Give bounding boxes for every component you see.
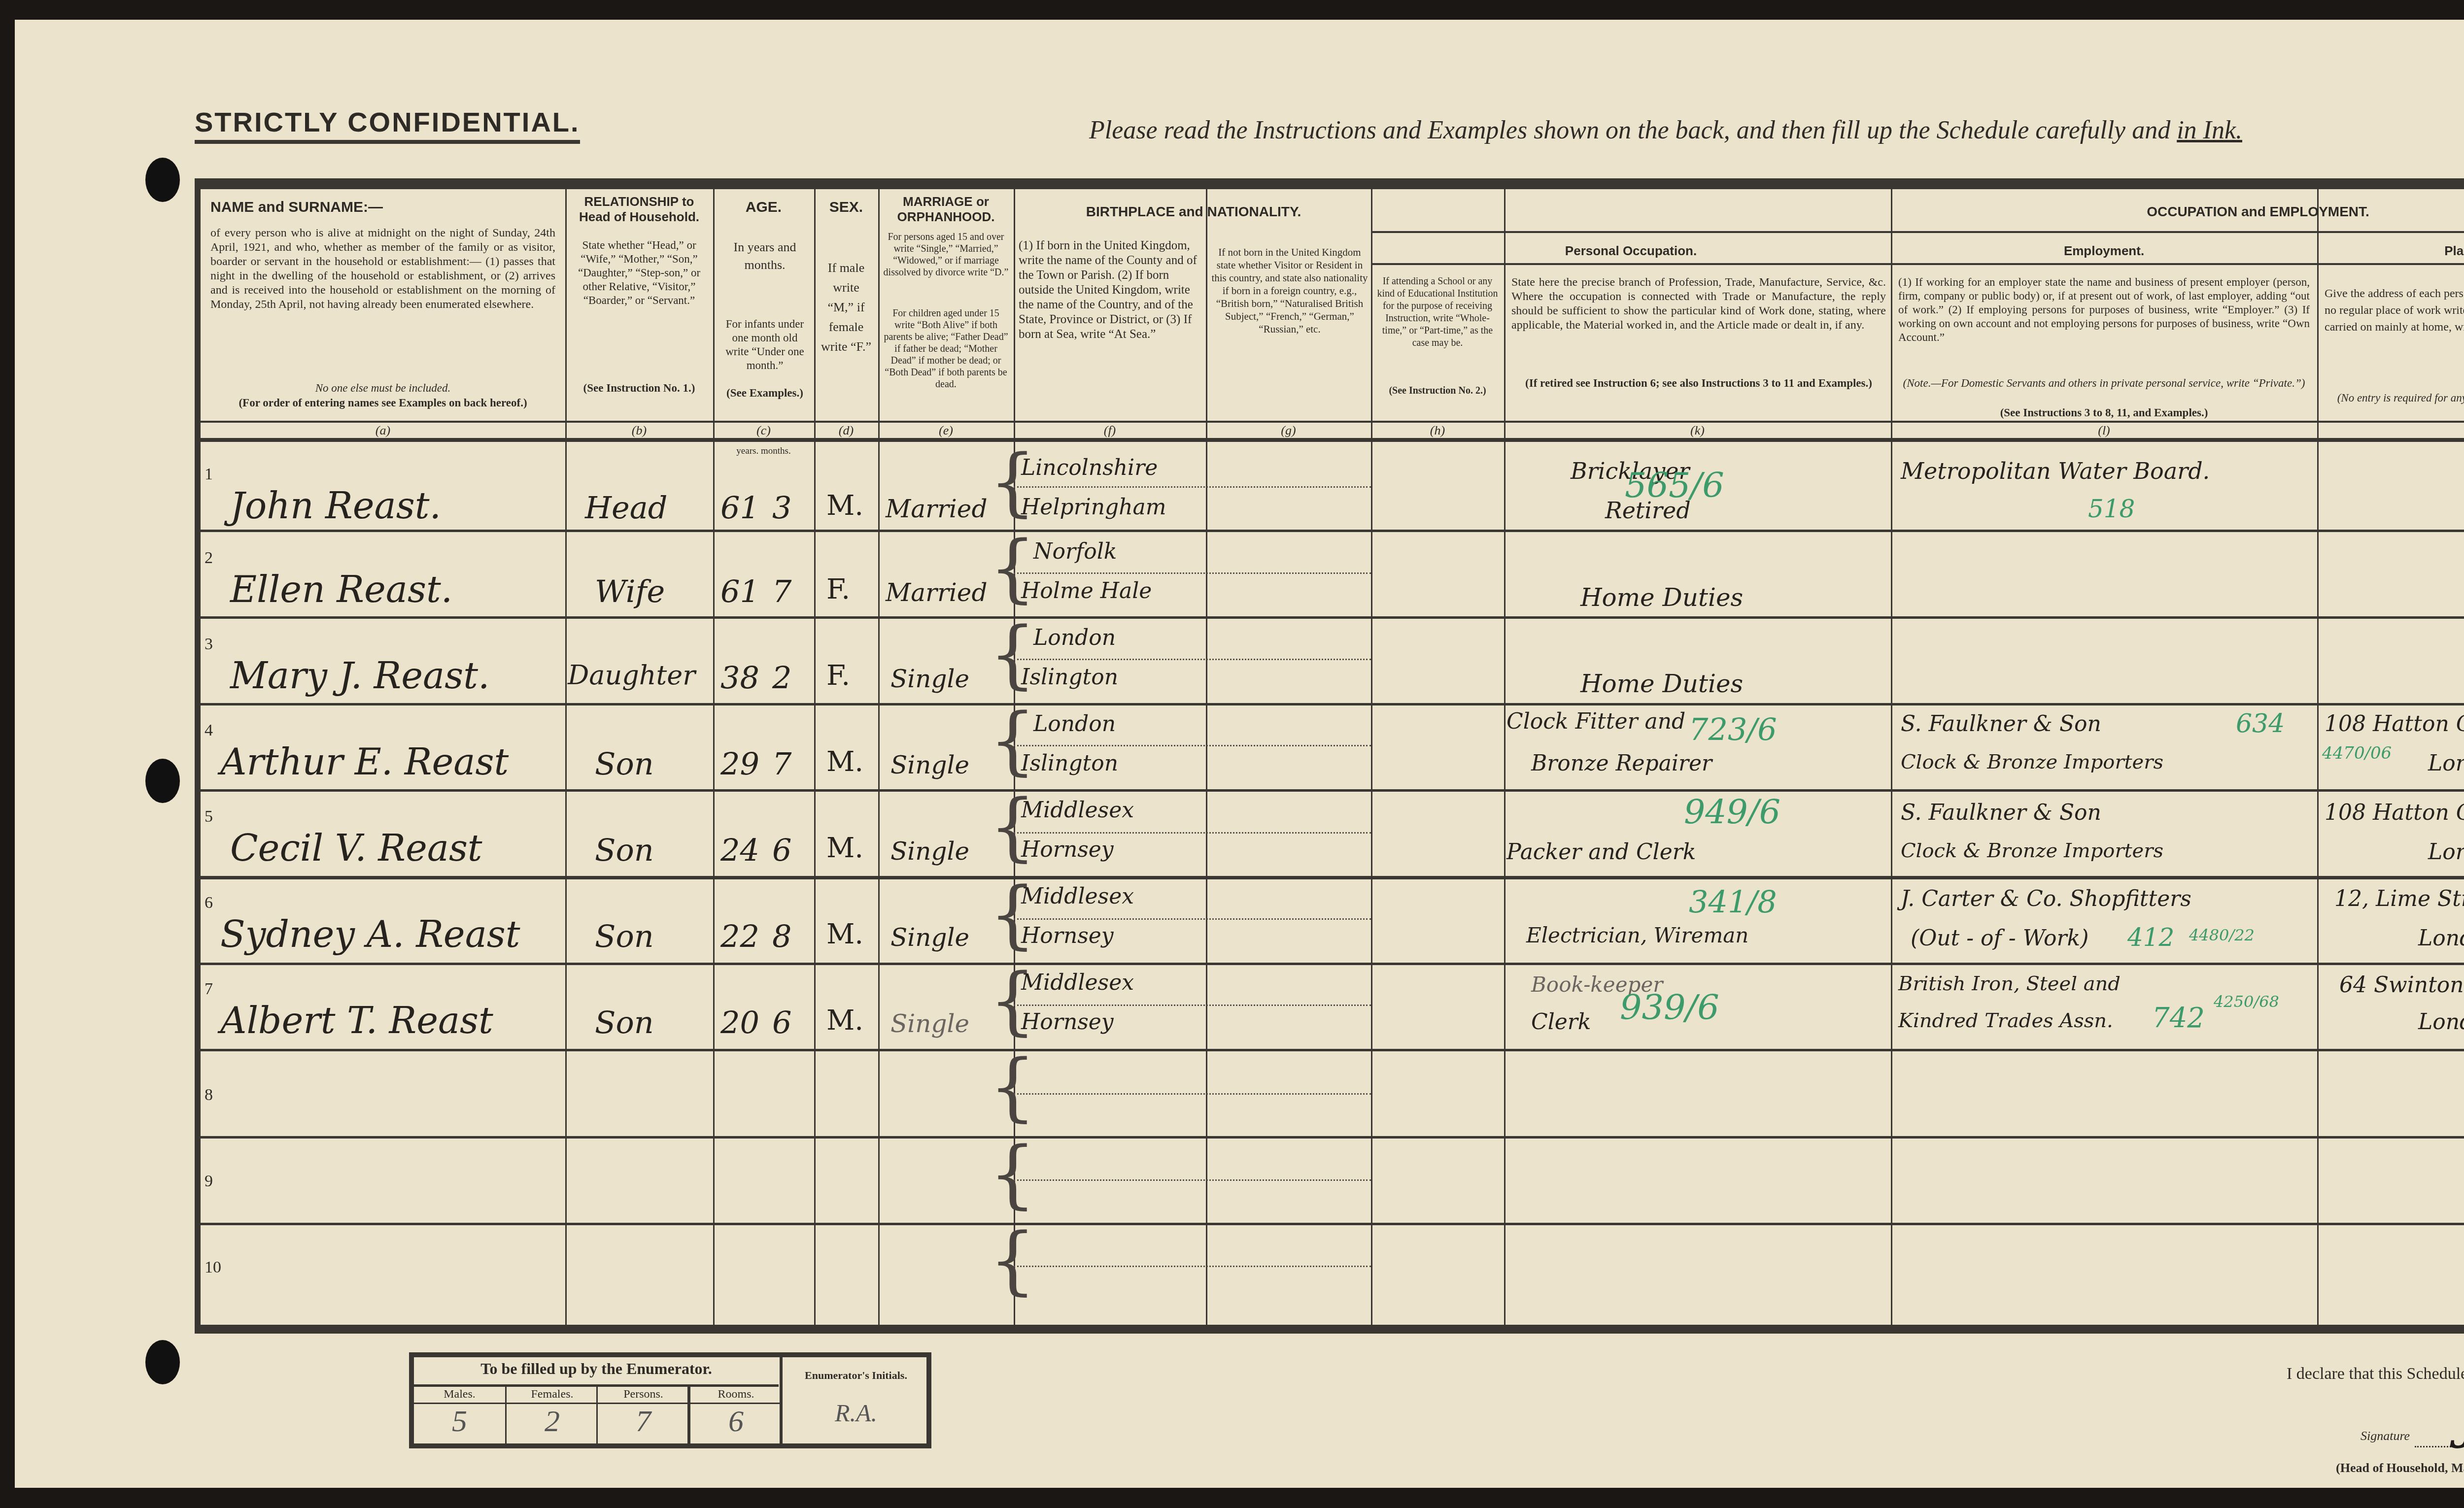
age-years: 61	[720, 573, 759, 609]
occupation-code: 341/8	[1689, 884, 1777, 920]
birth-town: Islington	[1021, 665, 1118, 690]
occupation-code: 723/6	[1689, 711, 1777, 747]
occupation: Electrician, Wireman	[1526, 923, 1748, 947]
age-months: 7	[772, 573, 791, 609]
column-nationality	[1206, 189, 1372, 1325]
marriage: Single	[890, 665, 969, 693]
person-name: John Reast.	[230, 485, 441, 527]
relationship: Head	[585, 490, 667, 526]
instructions-line: Please read the Instructions and Example…	[1089, 116, 2242, 145]
birth-town: Hornsey	[1021, 1009, 1114, 1035]
employer: S. Faulkner & Son	[1901, 800, 2101, 825]
place-of-work: 64 Swinton Street	[2339, 972, 2464, 998]
relationship: Wife	[595, 573, 665, 609]
persons-count: Persons.7	[596, 1386, 689, 1445]
marriage: Single	[890, 751, 969, 779]
age-months: 6	[772, 832, 791, 868]
females-count: Females.2	[505, 1386, 598, 1445]
employer: J. Carter & Co. Shopfitters	[1901, 886, 2191, 911]
age-years: 24	[720, 832, 759, 868]
sex: M.	[826, 918, 863, 950]
rooms-count: Rooms.6	[687, 1386, 782, 1445]
sex: M.	[826, 746, 863, 778]
person-name: Arthur E. Reast	[220, 741, 509, 783]
employment-code: 634	[2236, 709, 2285, 738]
occupation: Packer and Clerk	[1506, 839, 1696, 865]
signature-label: Signature	[2361, 1429, 2410, 1443]
census-table: NAME and SURNAME:— of every person who i…	[195, 178, 2464, 1334]
males-count: Males.5	[414, 1386, 505, 1445]
occupation-line-2: Bronze Repairer	[1531, 751, 1712, 776]
person-name: Cecil V. Reast	[230, 827, 482, 870]
relationship: Son	[595, 746, 654, 782]
employment-code: 742	[2152, 1002, 2205, 1034]
signature-line	[2415, 1446, 2464, 1447]
sex: F.	[826, 660, 850, 692]
occupation-code: 949/6	[1684, 793, 1780, 832]
relationship: Daughter	[568, 660, 695, 691]
occupation-code: 565/6	[1625, 465, 1724, 505]
place-of-work: 12, Lime Street	[2334, 886, 2464, 911]
birth-county: Middlesex	[1021, 798, 1134, 823]
age-months: 2	[772, 660, 791, 696]
employer: S. Faulkner & Son	[1901, 711, 2101, 737]
punch-hole	[145, 1340, 180, 1384]
enumerator-initials: Enumerator's Initials.R.A.	[780, 1357, 929, 1443]
punch-hole	[145, 158, 180, 202]
age-months: 7	[772, 746, 791, 782]
employment-code: 412	[2127, 923, 2174, 952]
birth-town: Hornsey	[1021, 837, 1114, 862]
relationship: Son	[595, 832, 654, 868]
age-years: 38	[720, 660, 759, 696]
place-of-work-line-2: London E.C.	[2428, 751, 2464, 776]
place-code: 4480/22	[2189, 926, 2255, 944]
signature: John Reast	[2459, 1387, 2464, 1450]
birth-town: Islington	[1021, 751, 1118, 776]
place-code: 4470/06	[2322, 743, 2392, 763]
marriage: Married	[886, 578, 987, 607]
employer-business: Clock & Bronze Importers	[1901, 839, 2163, 862]
birth-town: Helpringham	[1021, 495, 1166, 520]
place-code: 4250/68	[2214, 992, 2279, 1011]
occupation: Home Duties	[1580, 670, 1743, 698]
occupation: Home Duties	[1580, 583, 1743, 612]
age-years: 61	[720, 490, 759, 526]
employment-code: 518	[2088, 495, 2135, 523]
birth-town: Hornsey	[1021, 923, 1114, 948]
relationship: Son	[595, 918, 654, 954]
occupation-line-2: Clerk	[1531, 1009, 1591, 1035]
person-name: Ellen Reast.	[230, 569, 452, 611]
person-name: Sydney A. Reast	[220, 913, 520, 956]
marriage: Married	[886, 495, 987, 523]
page-title: STRICTLY CONFIDENTIAL.	[195, 106, 580, 144]
punch-hole	[145, 759, 180, 803]
marriage: Single	[890, 923, 969, 952]
occupation-code: 939/6	[1620, 987, 1719, 1028]
age-months: 6	[772, 1005, 791, 1040]
sex: F.	[826, 573, 850, 605]
sex: M.	[826, 832, 863, 864]
signature-caption: (Head of Household, Manager of Establish…	[2336, 1461, 2464, 1475]
employer-status: (Out - of - Work)	[1911, 926, 2088, 951]
person-name: Mary J. Reast.	[230, 655, 489, 697]
birth-county: Lincolnshire	[1021, 455, 1158, 480]
place-of-work: 108 Hatton Garden	[2325, 711, 2464, 737]
declaration-text: I declare that this Schedule is correctl…	[2287, 1365, 2464, 1383]
age-months: 8	[772, 918, 791, 954]
place-of-work-line-2: London. E.C.	[2418, 926, 2464, 951]
relationship: Son	[595, 1005, 654, 1040]
age-months: 3	[772, 490, 791, 526]
birth-town: Holme Hale	[1021, 578, 1152, 603]
occupation: Clock Fitter and	[1506, 709, 1685, 734]
place-of-work-line-2: London E.C.	[2428, 839, 2464, 865]
marriage: Single	[890, 1009, 969, 1038]
employer: Metropolitan Water Board.	[1901, 458, 2210, 484]
column-school	[1371, 189, 1506, 1325]
sex: M.	[826, 490, 863, 522]
age-years: 22	[720, 918, 759, 954]
place-of-work: 108 Hatton Garden	[2325, 800, 2464, 825]
age-years: 29	[720, 746, 759, 782]
employer-business: Clock & Bronze Importers	[1901, 751, 2163, 773]
marriage: Single	[890, 837, 969, 866]
birth-county: London	[1033, 625, 1116, 650]
birth-county: London	[1033, 711, 1116, 737]
person-name: Albert T. Reast	[220, 1000, 493, 1042]
employer: British Iron, Steel and	[1898, 972, 2121, 995]
age-years: 20	[720, 1005, 759, 1040]
birth-county: Middlesex	[1021, 970, 1134, 995]
birth-county: Norfolk	[1033, 539, 1117, 564]
employer-line-2: Kindred Trades Assn.	[1898, 1009, 2113, 1032]
sex: M.	[826, 1005, 863, 1037]
place-of-work-line-2: London W.C.	[2418, 1009, 2464, 1035]
enumerator-summary-box: To be filled up by the Enumerator. Males…	[409, 1352, 931, 1448]
birth-county: Middlesex	[1021, 884, 1134, 909]
